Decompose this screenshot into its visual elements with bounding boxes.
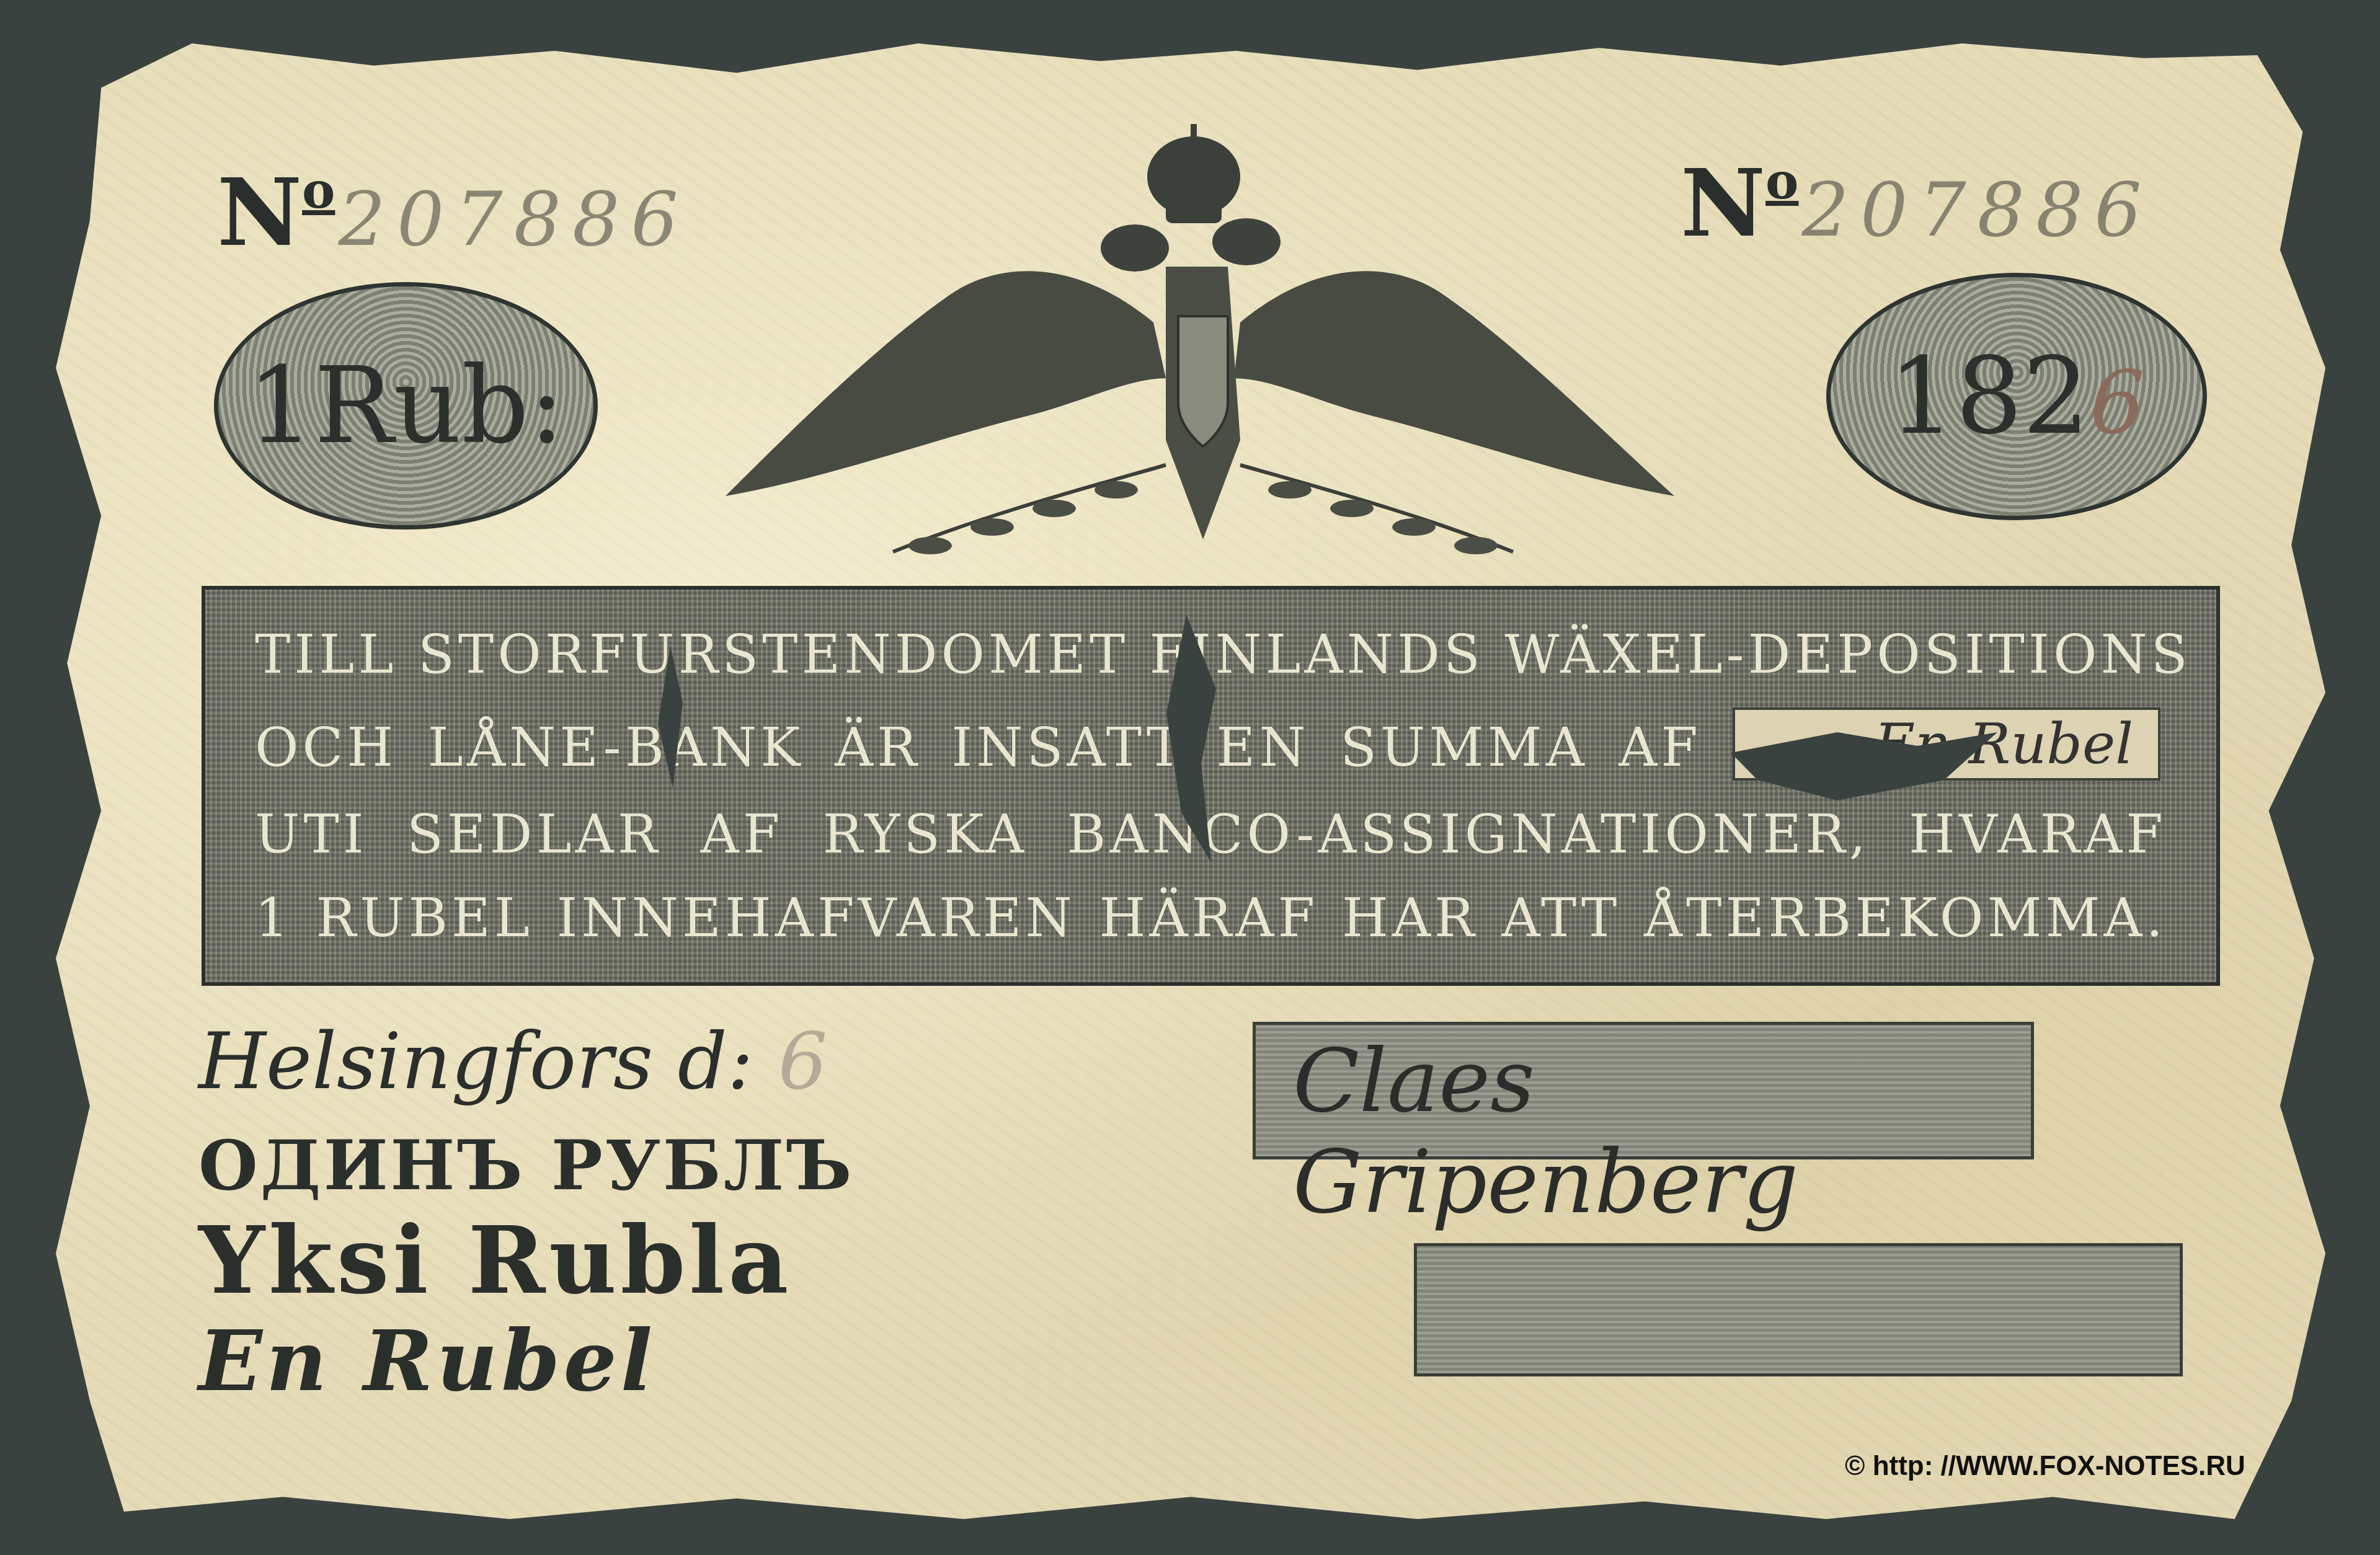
signature-top: Claes Gripenberg: [1293, 1031, 2031, 1233]
band-line-3: UTI SEDLAR AF RYSKA BANCO-ASSIGNATIONER,…: [255, 804, 2167, 866]
double-headed-eagle-icon: [707, 118, 1730, 589]
year-oval: 1826: [1826, 273, 2207, 520]
watermark-text: © http: //WWW.FOX-NOTES.RU: [1845, 1451, 2245, 1482]
denomination-russian: ОДИНЪ РУБЛЪ: [198, 1125, 854, 1205]
signature-box-bottom: [1414, 1243, 2183, 1376]
serial-number-left: 207886: [339, 177, 690, 263]
denomination-oval: 1Rub:: [214, 282, 598, 529]
numero-sign: No: [217, 158, 335, 267]
serial-left: No 207886: [217, 158, 690, 267]
serial-number-right: 207886: [1802, 167, 2153, 254]
band-line-2: OCH LÅNE-BANK ÄR INSATT EN SUMMA AF: [255, 717, 1702, 779]
signature-box-top: Claes Gripenberg: [1253, 1022, 2034, 1159]
band-line-4: 1 RUBEL INNEHAFVAREN HÄRAF HAR ATT ÅTERB…: [255, 887, 2167, 949]
serial-right: No 207886: [1681, 149, 2153, 258]
denomination-finnish: Yksi Rubla: [198, 1206, 792, 1315]
denomination-swedish: En Rubel: [198, 1311, 656, 1410]
year-oval-text: 1826: [1888, 335, 2145, 458]
denomination-oval-text: 1Rub:: [247, 345, 565, 467]
place-date: Helsingfors d: 6: [198, 1017, 827, 1107]
text-band: TILL STORFURSTENDOMET FINLANDS WÄXEL-DEP…: [202, 586, 2220, 986]
